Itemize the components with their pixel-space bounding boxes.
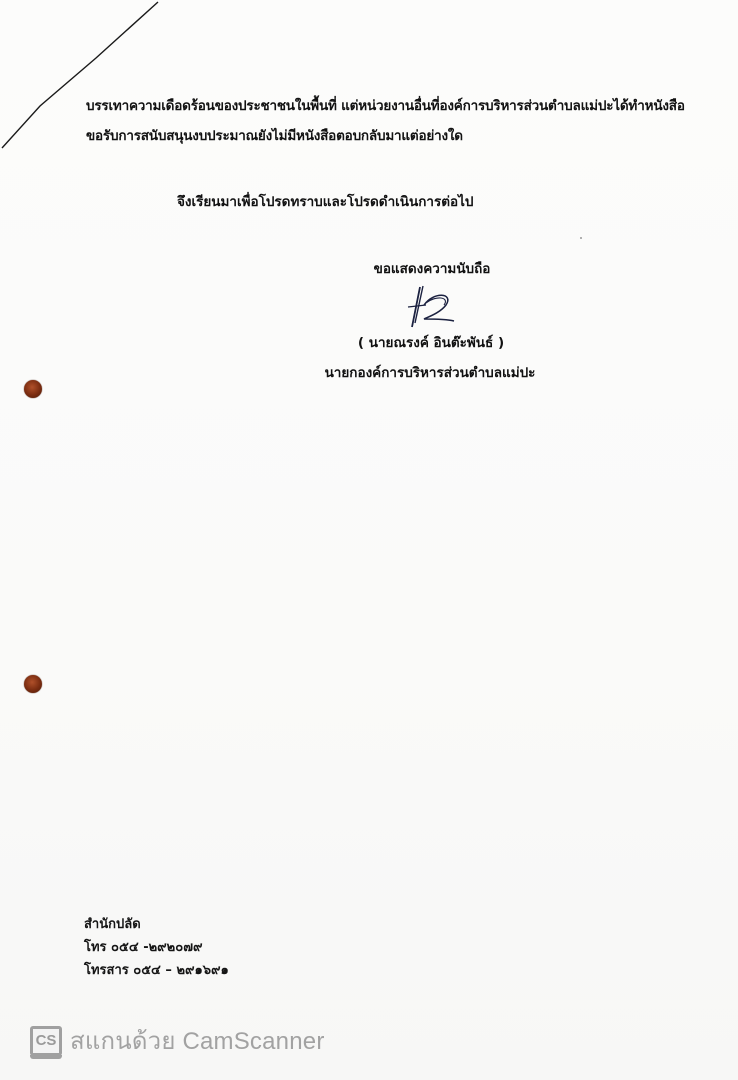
fax-number: โทรสาร ๐๕๔ – ๒๙๑๖๙๑ [84,959,229,982]
office-name: สำนักปลัด [84,913,229,936]
body-paragraph-line-2: ขอรับการสนับสนุนงบประมาณยังไม่มีหนังสือต… [86,124,463,146]
signature-block: ขอแสดงความนับถือ ( นายณรงค์ อินต๊ะพันธ์ … [300,255,560,383]
camscanner-logo-icon: CS [30,1026,62,1056]
punch-hole-top [24,380,42,398]
handwritten-signature-icon [390,283,470,331]
signatory-title: นายกองค์การบริหารส่วนตำบลแม่ปะ [300,361,560,383]
scanned-page: บรรเทาความเดือดร้อนของประชาชนในพื้นที่ แ… [0,0,738,1080]
punch-hole-bottom [24,675,42,693]
phone-number: โทร ๐๕๔ -๒๙๒๐๗๙ [84,936,229,959]
footer-contact: สำนักปลัด โทร ๐๕๔ -๒๙๒๐๗๙ โทรสาร ๐๕๔ – ๒… [84,913,229,982]
watermark-text: สแกนด้วย CamScanner [70,1021,325,1060]
signatory-name: ( นายณรงค์ อินต๊ะพันธ์ ) [302,331,560,353]
body-paragraph-line-1: บรรเทาความเดือดร้อนของประชาชนในพื้นที่ แ… [86,94,685,116]
sign-greeting: ขอแสดงความนับถือ [304,257,560,279]
scan-speck [580,237,582,239]
camscanner-watermark: CS สแกนด้วย CamScanner [30,1021,325,1060]
closing-paragraph: จึงเรียนมาเพื่อโปรดทราบและโปรดดำเนินการต… [177,190,473,212]
